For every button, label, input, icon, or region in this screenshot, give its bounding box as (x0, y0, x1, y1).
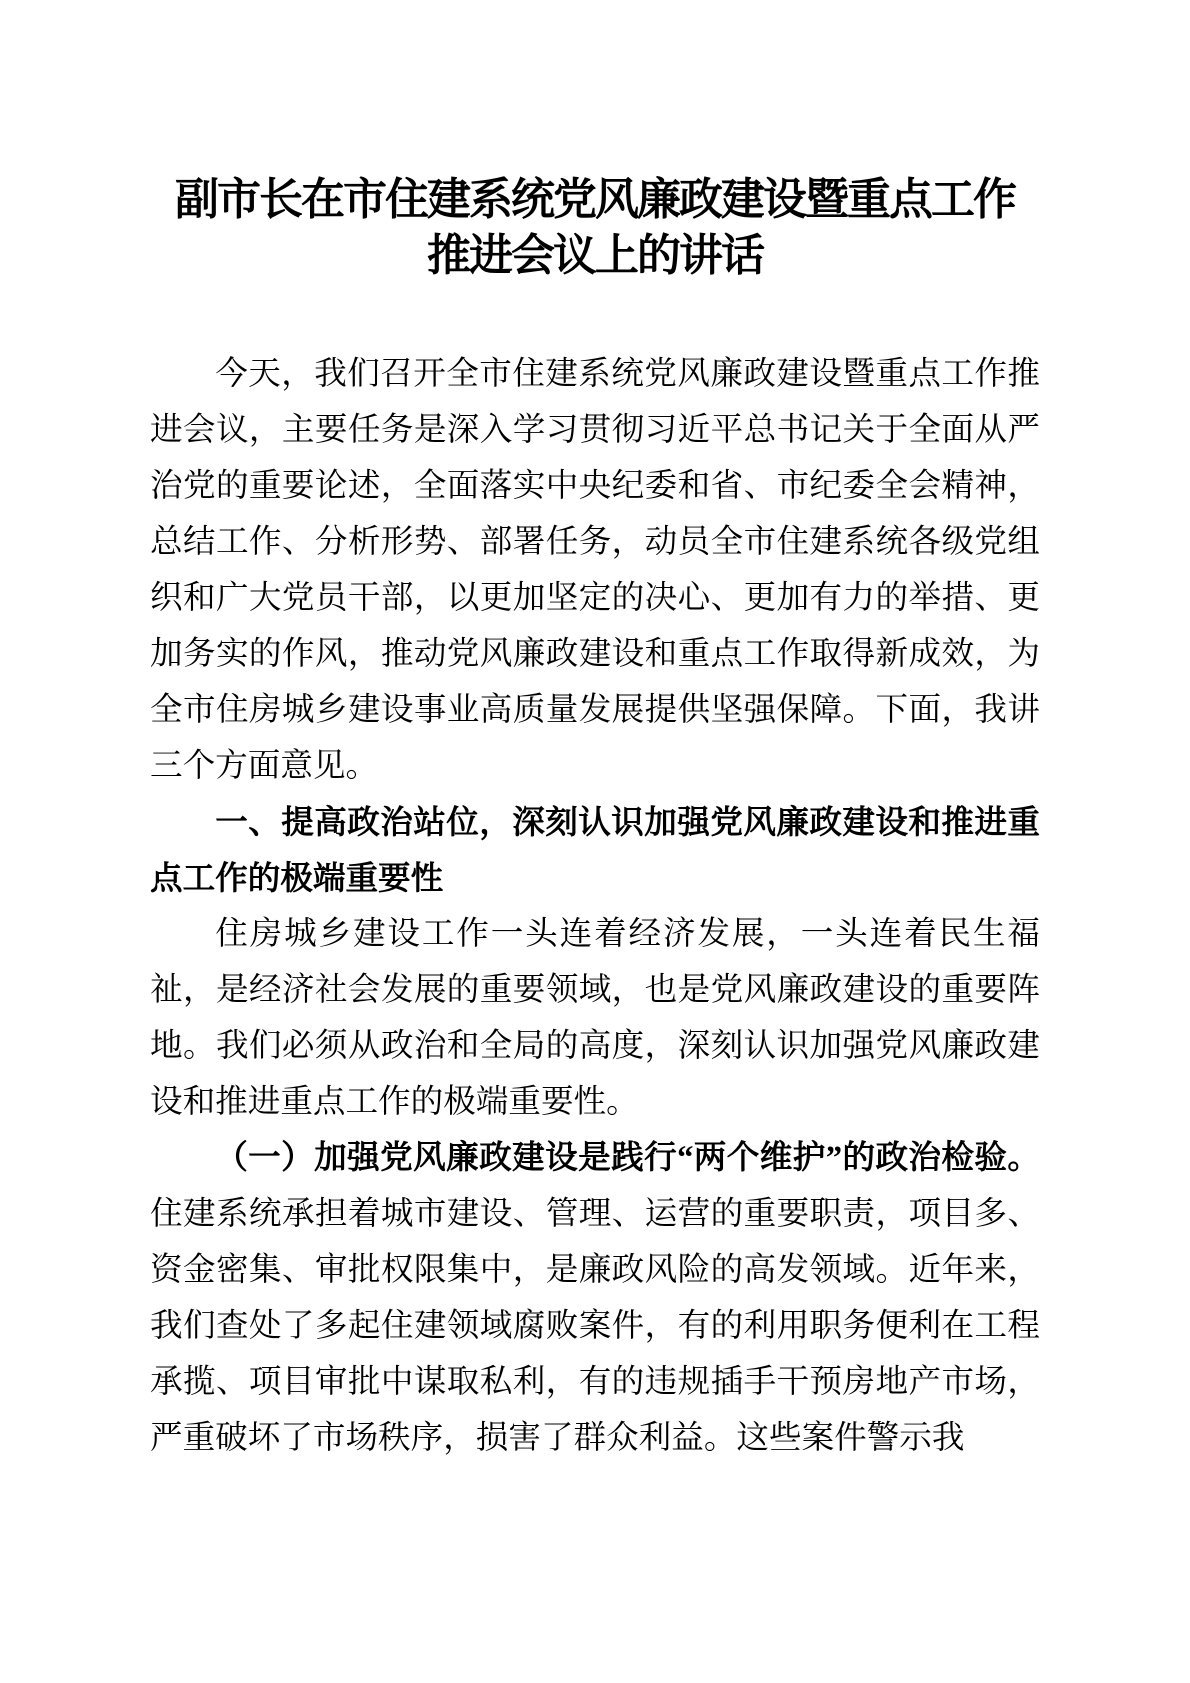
document-title-line-2: 推进会议上的讲话 (150, 228, 1040, 284)
point-1-lead: （一）加强党风廉政建设是践行“两个维护”的政治检验。 (215, 1140, 1040, 1176)
paragraph-point-1: （一）加强党风廉政建设是践行“两个维护”的政治检验。住建系统承担着城市建设、管理… (150, 1130, 1040, 1466)
section-1-heading: 一、提高政治站位，深刻认识加强党风廉政建设和推进重点工作的极端重要性 (150, 794, 1040, 906)
document-title: 副市长在市住建系统党风廉政建设暨重点工作 推进会议上的讲话 (150, 172, 1040, 284)
paragraph-opening: 今天，我们召开全市住建系统党风廉政建设暨重点工作推进会议，主要任务是深入学习贯彻… (150, 346, 1040, 794)
paragraph-section-1-overview: 住房城乡建设工作一头连着经济发展，一头连着民生福祉，是经济社会发展的重要领域，也… (150, 906, 1040, 1130)
document-title-line-1: 副市长在市住建系统党风廉政建设暨重点工作 (150, 172, 1040, 228)
point-1-text: 住建系统承担着城市建设、管理、运营的重要职责，项目多、资金密集、审批权限集中，是… (150, 1196, 1040, 1456)
document-page: 副市长在市住建系统党风廉政建设暨重点工作 推进会议上的讲话 今天，我们召开全市住… (0, 0, 1190, 1683)
document-content: 副市长在市住建系统党风廉政建设暨重点工作 推进会议上的讲话 今天，我们召开全市住… (150, 172, 1040, 1466)
